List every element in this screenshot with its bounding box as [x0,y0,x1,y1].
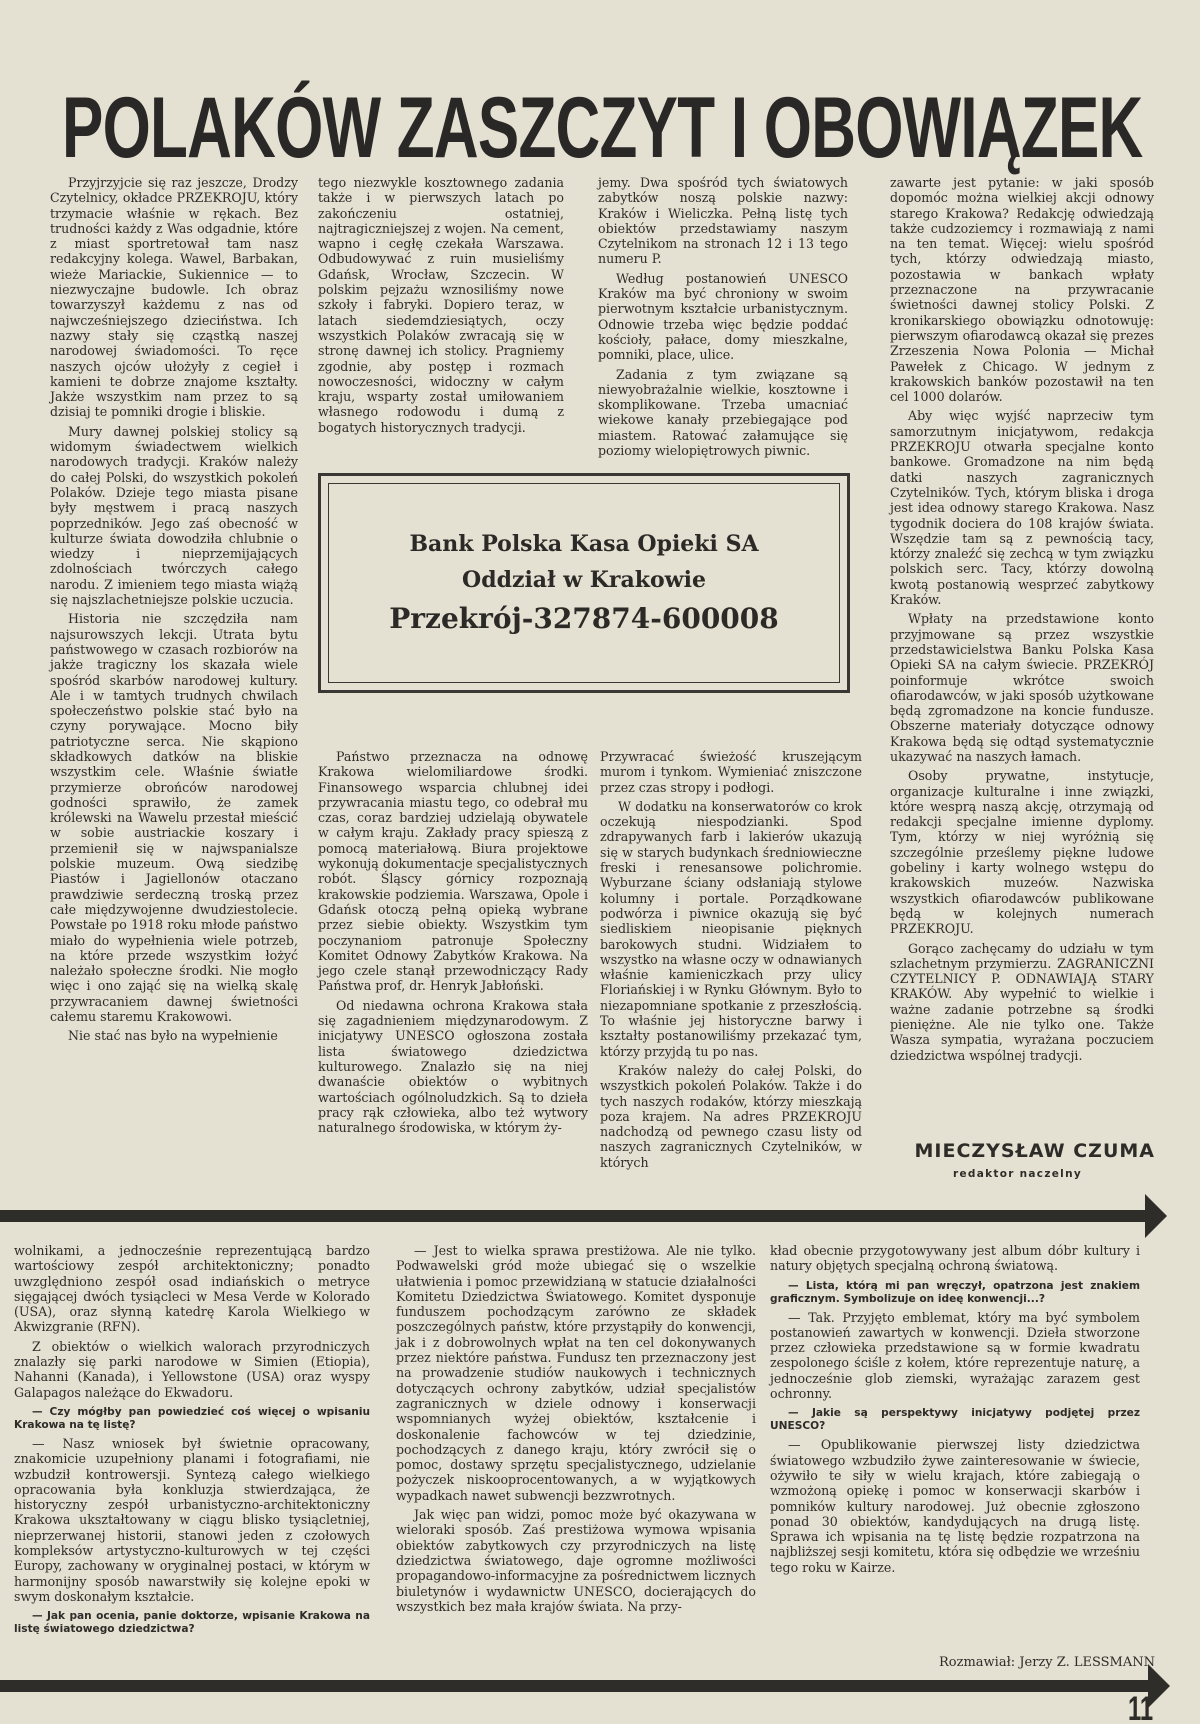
paragraph: — Opublikowanie pierwszej listy dziedzic… [770,1437,1140,1575]
article-column-3-top: jemy. Dwa spośród tych światowych zabytk… [598,175,848,458]
paragraph: Przywracać świeżość kruszejącym murom i … [600,749,862,795]
article-column-3-bottom: Przywracać świeżość kruszejącym murom i … [600,749,862,1170]
bank-account-box: Bank Polska Kasa Opieki SA Oddział w Kra… [318,473,850,693]
paragraph: kład obecnie przygotowywany jest album d… [770,1243,1140,1274]
paragraph: Historia nie szczędziła nam najsurowszyc… [50,611,298,1024]
author-role: redaktor naczelny [935,1168,1100,1180]
article-column-2-bottom: Państwo przeznacza na odnowę Krakowa wie… [318,749,588,1135]
paragraph: — Nasz wniosek był świetnie opracowany, … [14,1436,370,1604]
paragraph: Zadania z tym związane są niewyobrażalni… [598,367,848,459]
paragraph: tego niezwykle kosztownego zadania także… [318,175,564,435]
paragraph: Nie stać nas było na wypełnienie [50,1028,298,1043]
paragraph: Osoby prywatne, instytucje, organizacje … [890,768,1154,936]
arrow-head-icon [1145,1194,1167,1238]
author-signature: MIECZYSŁAW CZUMA [885,1140,1155,1162]
interview-question: — Jakie są perspektywy inicjatywy podjęt… [770,1407,1140,1433]
paragraph: — Tak. Przyjęto emblemat, który ma być s… [770,1310,1140,1402]
section-divider-arrow [0,1210,1150,1222]
interview-column-3: kład obecnie przygotowywany jest album d… [770,1243,1140,1575]
interview-question: — Czy mógłby pan powiedzieć coś więcej o… [14,1406,370,1432]
paragraph: W dodatku na konserwatorów co krok oczek… [600,799,862,1059]
paragraph: Przyjrzyjcie się raz jeszcze, Drodzy Czy… [50,175,298,420]
bank-name: Bank Polska Kasa Opieki SA [409,526,758,562]
article-column-1: Przyjrzyjcie się raz jeszcze, Drodzy Czy… [50,175,298,1044]
interview-column-2: — Jest to wielka sprawa prestiżowa. Ale … [396,1243,756,1614]
paragraph: Państwo przeznacza na odnowę Krakowa wie… [318,749,588,994]
page-number: 11 [1128,1690,1153,1724]
paragraph: Jak więc pan widzi, pomoc może być okazy… [396,1507,756,1614]
bank-account-number: Przekrój-327874-600008 [389,598,779,640]
paragraph: Od niedawna ochrona Krakowa stała się za… [318,998,588,1136]
paragraph: Gorąco zachęcamy do udziału w tym szlach… [890,941,1154,1063]
article-column-4: zawarte jest pytanie: w jaki sposób dopo… [890,175,1154,1063]
article-column-2-top: tego niezwykle kosztownego zadania także… [318,175,564,435]
paragraph: Z obiektów o wielkich walorach przyrodni… [14,1339,370,1400]
paragraph: Mury dawnej polskiej stolicy są widomym … [50,424,298,608]
paragraph: Aby więc wyjść naprzeciw tym samorzutnym… [890,408,1154,607]
interviewer-credit: Rozmawiał: Jerzy Z. LESSMANN [870,1655,1155,1670]
paragraph: jemy. Dwa spośród tych światowych zabytk… [598,175,848,267]
magazine-page: POLAKÓW ZASZCZYT I OBOWIĄZEK Przyjrzyjci… [0,0,1200,1724]
interview-question: — Jak pan ocenia, panie doktorze, wpisan… [14,1610,370,1636]
section-divider-arrow [0,1680,1150,1692]
bank-branch: Oddział w Krakowie [462,562,706,598]
paragraph: Według postanowień UNESCO Kraków ma być … [598,271,848,363]
paragraph: wolnikami, a jednocześnie reprezentującą… [14,1243,370,1335]
paragraph: zawarte jest pytanie: w jaki sposób dopo… [890,175,1154,404]
interview-column-1: wolnikami, a jednocześnie reprezentującą… [14,1243,370,1636]
paragraph: Wpłaty na przedstawione konto przyjmowan… [890,611,1154,764]
bank-account-inner-frame: Bank Polska Kasa Opieki SA Oddział w Kra… [328,483,840,683]
article-title: POLAKÓW ZASZCZYT I OBOWIĄZEK [62,78,825,178]
paragraph: — Jest to wielka sprawa prestiżowa. Ale … [396,1243,756,1503]
paragraph: Kraków należy do całej Polski, do wszyst… [600,1063,862,1170]
interview-question: — Lista, którą mi pan wręczył, opatrzona… [770,1280,1140,1306]
